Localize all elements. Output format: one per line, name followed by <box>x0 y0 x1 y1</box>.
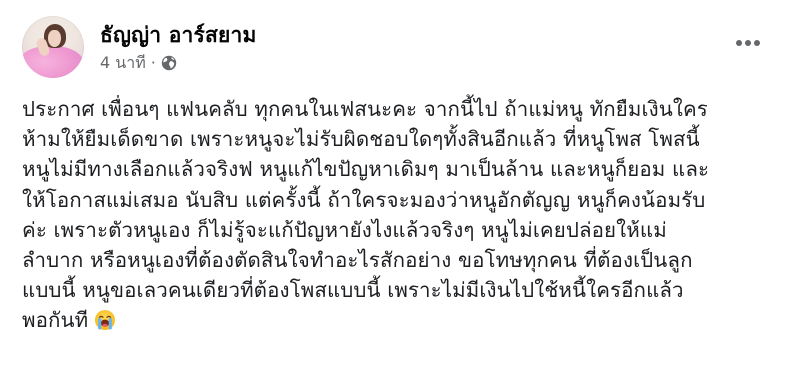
more-options-button[interactable] <box>730 30 766 56</box>
meta-separator: · <box>151 53 156 73</box>
post-text-line: พอกันที <box>22 308 88 332</box>
post-text-line: ประกาศ เพื่อนๆ แฟนคลับ ทุกคนในเฟสนะคะ จา… <box>22 94 792 124</box>
avatar-dress <box>22 46 84 78</box>
post-text-line: ลำบาก หรือหนูเองที่ต้องตัดสินใจทำอะไรสัก… <box>22 245 792 275</box>
post-text-last-line: พอกันที <box>22 305 792 335</box>
header-text: ธัญญ่า อาร์สยาม 4 นาที · <box>100 21 257 73</box>
ellipsis-icon-dot <box>754 40 760 46</box>
post-meta: 4 นาที · <box>100 53 257 73</box>
post-text-line: แบบนี้ หนูขอเลวคนเดียวที่ต้องโพสแบบนี้ เ… <box>22 275 792 305</box>
author-avatar[interactable] <box>22 16 84 78</box>
post-text-line: ค่ะ เพราะตัวหนูเอง ก็ไม่รู้จะแก้ปัญหายัง… <box>22 215 792 245</box>
ellipsis-icon-dot <box>745 40 751 46</box>
post-body: ประกาศ เพื่อนๆ แฟนคลับ ทุกคนในเฟสนะคะ จา… <box>22 94 792 336</box>
avatar-face <box>48 30 61 47</box>
globe-icon[interactable] <box>161 55 177 71</box>
post-text-line: ห้ามให้ยืมเด็ดขาด เพราะหนูจะไม่รับผิดชอบ… <box>22 124 792 154</box>
post-header: ธัญญ่า อาร์สยาม 4 นาที · <box>22 15 257 79</box>
author-name[interactable]: ธัญญ่า อาร์สยาม <box>100 21 257 49</box>
ellipsis-icon-dot <box>736 40 742 46</box>
post-text-line: ให้โอกาสแม่เสมอ นับสิบ แต่ครั้งนี้ ถ้าใค… <box>22 185 792 215</box>
post-text-line: หนูไม่มีทางเลือกแล้วจริงฟ หนูแก้ไขปัญหาเ… <box>22 154 792 184</box>
facebook-post: ธัญญ่า อาร์สยาม 4 นาที · ประกาศ เพื่อนๆ <box>0 0 800 366</box>
post-timestamp[interactable]: 4 นาที <box>100 53 146 73</box>
loudly-crying-face-emoji-icon <box>94 309 116 331</box>
